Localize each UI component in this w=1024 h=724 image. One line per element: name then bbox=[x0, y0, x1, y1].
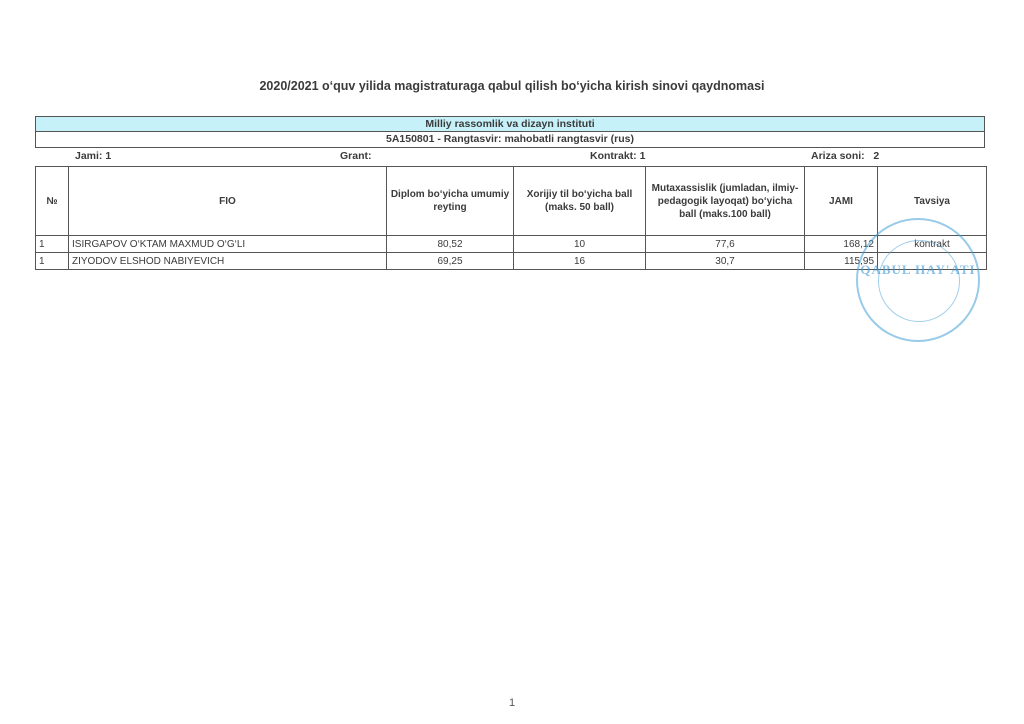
cell-diplom: 69,25 bbox=[387, 253, 514, 270]
cell-xorijiy-til: 16 bbox=[514, 253, 646, 270]
summary-jami: Jami: 1 bbox=[75, 150, 111, 164]
header-jami: JAMI bbox=[805, 167, 878, 236]
cell-fio: ZIYODOV ELSHOD NABIYEVICH bbox=[69, 253, 387, 270]
cell-jami: 168,12 bbox=[805, 236, 878, 253]
cell-tavsiya bbox=[878, 253, 987, 270]
cell-mutaxassislik: 77,6 bbox=[646, 236, 805, 253]
summary-ariza-soni: Ariza soni: 2 bbox=[811, 150, 879, 164]
header-number: № bbox=[36, 167, 69, 236]
cell-jami: 115,95 bbox=[805, 253, 878, 270]
cell-fio: ISIRGAPOV O‘KTAM MAXMUD O‘G‘LI bbox=[69, 236, 387, 253]
cell-diplom: 80,52 bbox=[387, 236, 514, 253]
table-row: 1 ISIRGAPOV O‘KTAM MAXMUD O‘G‘LI 80,52 1… bbox=[36, 236, 987, 253]
page-number: 1 bbox=[0, 697, 1024, 709]
header-mutaxassislik: Mutaxassislik (jumladan, ilmiy-pedagogik… bbox=[646, 167, 805, 236]
cell-tavsiya: kontrakt bbox=[878, 236, 987, 253]
cell-xorijiy-til: 10 bbox=[514, 236, 646, 253]
cell-number: 1 bbox=[36, 253, 69, 270]
header-diplom: Diplom bo‘yicha umumiy reyting bbox=[387, 167, 514, 236]
summary-kontrakt: Kontrakt: 1 bbox=[590, 150, 645, 164]
cell-mutaxassislik: 30,7 bbox=[646, 253, 805, 270]
speciality-name: 5A150801 - Rangtasvir: mahobatli rangtas… bbox=[35, 131, 985, 148]
header-fio: FIO bbox=[69, 167, 387, 236]
summary-grant: Grant: bbox=[340, 150, 372, 164]
institute-name: Milliy rassomlik va dizayn instituti bbox=[35, 116, 985, 132]
header-xorijiy-til: Xorijiy til bo‘yicha ball (maks. 50 ball… bbox=[514, 167, 646, 236]
cell-number: 1 bbox=[36, 236, 69, 253]
results-table: № FIO Diplom bo‘yicha umumiy reyting Xor… bbox=[35, 166, 987, 270]
table-row: 1 ZIYODOV ELSHOD NABIYEVICH 69,25 16 30,… bbox=[36, 253, 987, 270]
header-tavsiya: Tavsiya bbox=[878, 167, 987, 236]
document-title: 2020/2021 o‘quv yilida magistraturaga qa… bbox=[0, 79, 1024, 93]
table-header-row: № FIO Diplom bo‘yicha umumiy reyting Xor… bbox=[36, 167, 987, 236]
